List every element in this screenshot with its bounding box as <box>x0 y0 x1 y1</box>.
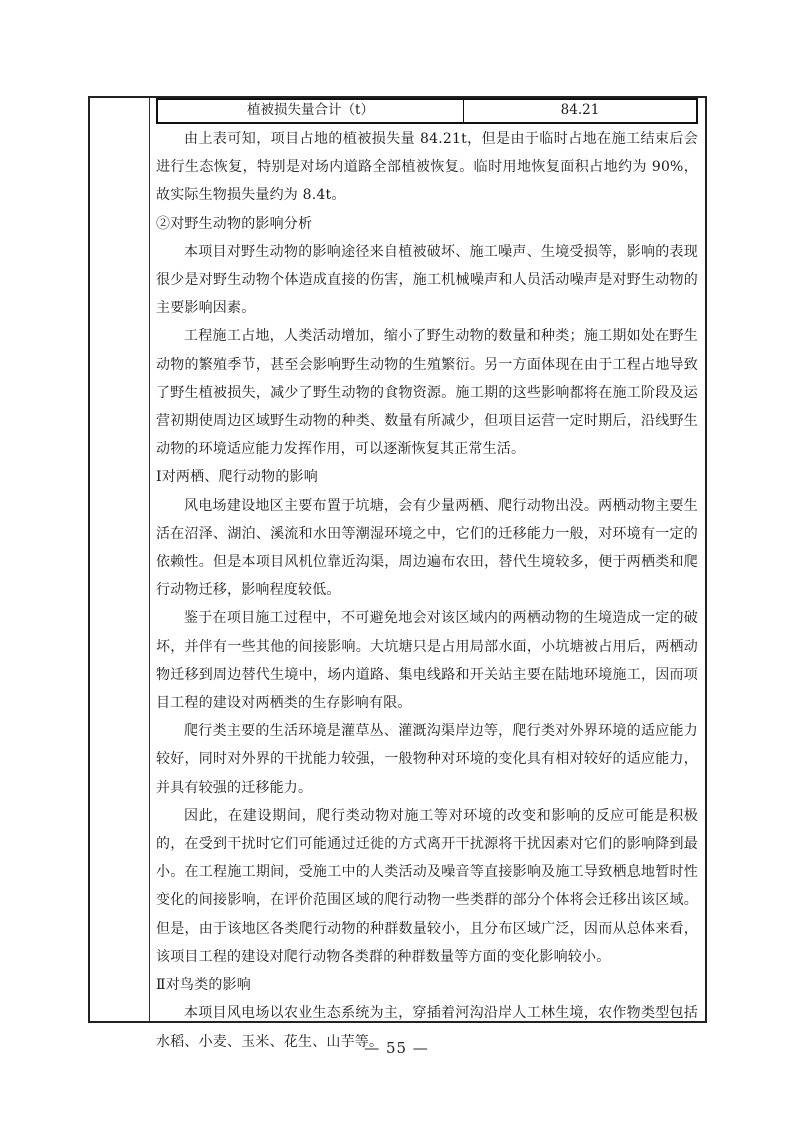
page-number: — 55 — <box>0 1039 793 1057</box>
paragraph-amphibian-impact: 鉴于在项目施工过程中，不可避免地会对该区域内的两栖动物的生境造成一定的破坏，并伴… <box>156 604 698 717</box>
paragraph-construction-occupation: 工程施工占地，人类活动增加，缩小了野生动物的数量和种类；施工期如处在野生动物的繁… <box>156 322 698 463</box>
outer-table: 植被损失量合计（t） 84.21 由上表可知，项目占地的植被损失量 84.21t… <box>88 96 707 1023</box>
paragraph-amphibian-habitat: 风电场建设地区主要布置于坑塘，会有少量两栖、爬行动物出没。两栖动物主要生活在沼泽… <box>156 492 698 605</box>
heading-wildlife-impact: ②对野生动物的影响分析 <box>156 210 698 238</box>
left-column-cell <box>90 98 150 1021</box>
paragraph-reptile-impact: 因此，在建设期间，爬行类动物对施工等对环境的改变和影响的反应可能是积极的，在受到… <box>156 802 698 971</box>
content-cell: 植被损失量合计（t） 84.21 由上表可知，项目占地的植被损失量 84.21t… <box>156 98 695 1021</box>
heading-amphibians-reptiles: Ⅰ对两栖、爬行动物的影响 <box>156 463 698 491</box>
vegetation-loss-total-row: 植被损失量合计（t） 84.21 <box>156 98 698 124</box>
body-text: 由上表可知，项目占地的植被损失量 84.21t，但是由于临时占地在施工结束后会进… <box>156 125 698 1056</box>
table-cell-label: 植被损失量合计（t） <box>158 100 464 122</box>
paragraph-wildlife-pathways: 本项目对野生动物的影响途径来自植被破坏、施工噪声、生境受损等，影响的表现很少是对… <box>156 238 698 323</box>
paragraph-reptile-habitat: 爬行类主要的生活环境是灌草丛、灌溉沟渠岸边等，爬行类对外界环境的适应能力较好，同… <box>156 717 698 802</box>
heading-birds: Ⅱ对鸟类的影响 <box>156 971 698 999</box>
table-cell-value: 84.21 <box>464 100 696 122</box>
paragraph-summary: 由上表可知，项目占地的植被损失量 84.21t，但是由于临时占地在施工结束后会进… <box>156 125 698 210</box>
